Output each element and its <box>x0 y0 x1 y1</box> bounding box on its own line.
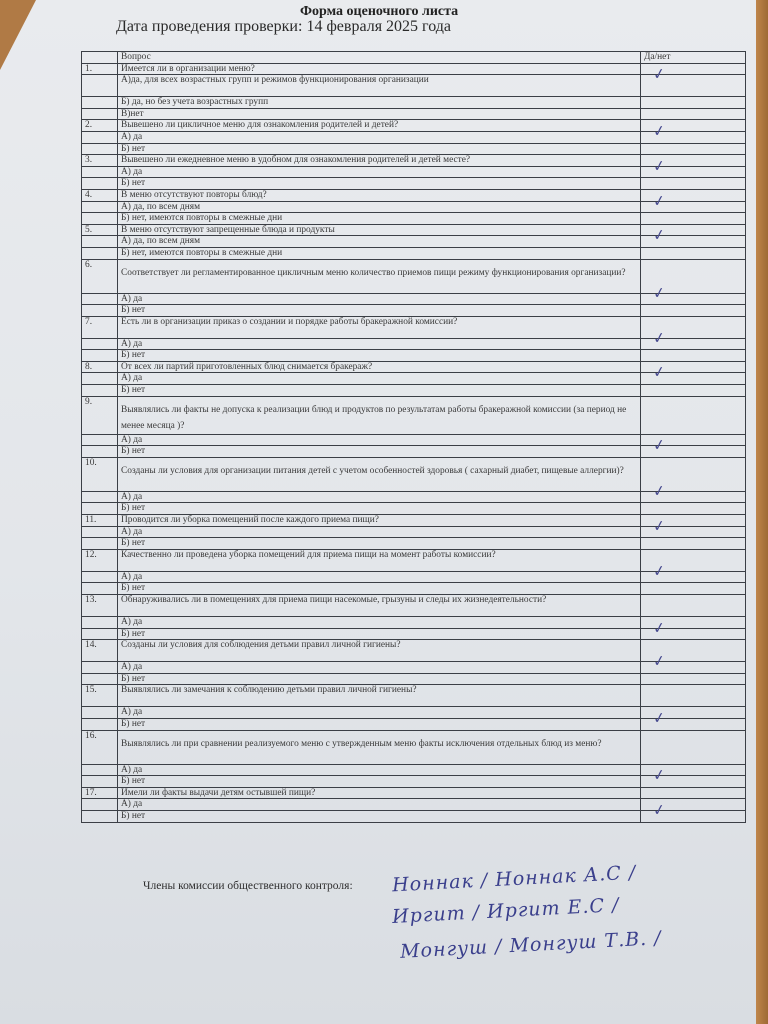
signature-line-2: Иргит / Иргит Е.С / <box>392 894 620 928</box>
answer-row: Б) нет✓ <box>82 810 746 822</box>
answer-option: А) да, по всем дням <box>118 201 641 213</box>
question-text: Качественно ли проведена уборка помещени… <box>118 549 641 571</box>
answer-row: Б) нет <box>82 583 746 595</box>
check-mark-icon: ✓ <box>652 366 666 379</box>
answer-row: В)нет <box>82 108 746 120</box>
answer-row: Б) нет, имеются повторы в смежные дни <box>82 213 746 225</box>
question-text: Проводится ли уборка помещений после каж… <box>118 515 641 527</box>
answer-row: Б) нет✓ <box>82 718 746 730</box>
question-text: Выявлялись ли замечания к соблюдению дет… <box>118 685 641 707</box>
answer-option: Б) нет <box>118 143 641 155</box>
row-number <box>82 247 118 259</box>
answer-row: А) да✓ <box>82 571 746 583</box>
row-number <box>82 707 118 719</box>
question-row: 13. Обнаруживались ли в помещениях для п… <box>82 595 746 617</box>
row-number: 15. <box>82 685 118 707</box>
answer-cell: ✓ <box>641 446 746 458</box>
row-number <box>82 108 118 120</box>
row-number <box>82 350 118 362</box>
inspection-date: Дата проведения проверки: 14 февраля 202… <box>116 18 451 36</box>
answer-row: А) да✓ <box>82 293 746 305</box>
answer-row: А) да <box>82 617 746 629</box>
row-number: 14. <box>82 640 118 662</box>
answer-option: А) да <box>118 338 641 350</box>
row-number: 4. <box>82 189 118 201</box>
answer-cell <box>641 685 746 707</box>
answer-cell <box>641 108 746 120</box>
row-number <box>82 434 118 446</box>
answer-cell: ✓ <box>641 571 746 583</box>
question-text: В меню отсутствуют запрещенные блюда и п… <box>118 224 641 236</box>
check-mark-icon: ✓ <box>652 195 666 208</box>
row-number <box>82 799 118 811</box>
answer-option: Б) нет <box>118 628 641 640</box>
answer-cell: ✓ <box>641 75 746 97</box>
row-number: 11. <box>82 515 118 527</box>
answer-row: А) да✓ <box>82 491 746 503</box>
answer-cell: ✓ <box>641 293 746 305</box>
answer-option: А) да, по всем дням <box>118 236 641 248</box>
answer-option: Б) нет <box>118 385 641 397</box>
check-mark-icon: ✓ <box>652 229 666 242</box>
answer-option: А) да <box>118 764 641 776</box>
row-number <box>82 491 118 503</box>
answer-row: Б) нет <box>82 143 746 155</box>
answer-option: А) да <box>118 799 641 811</box>
row-number <box>82 764 118 776</box>
check-mark-icon: ✓ <box>652 485 666 498</box>
header-question: Вопрос <box>118 52 641 64</box>
answer-row: А)да, для всех возрастных групп и режимо… <box>82 75 746 97</box>
question-row: 11.Проводится ли уборка помещений после … <box>82 515 746 527</box>
question-text: Созданы ли условия для организации питан… <box>118 457 641 491</box>
answer-cell <box>641 178 746 190</box>
answer-row: Б) нет <box>82 673 746 685</box>
answer-row: Б) нет, имеются повторы в смежные дни <box>82 247 746 259</box>
question-row: 4.В меню отсутствуют повторы блюд? <box>82 189 746 201</box>
answer-cell: ✓ <box>641 628 746 640</box>
answer-option: А) да <box>118 166 641 178</box>
row-number <box>82 538 118 550</box>
check-mark-icon: ✓ <box>652 655 666 668</box>
row-number <box>82 718 118 730</box>
answer-cell <box>641 538 746 550</box>
answer-cell <box>641 143 746 155</box>
answer-row: А) да <box>82 434 746 446</box>
question-text: Вывешено ли ежедневное меню в удобном дл… <box>118 155 641 167</box>
row-number: 8. <box>82 361 118 373</box>
answer-cell <box>641 385 746 397</box>
answer-option: А)да, для всех возрастных групп и режимо… <box>118 75 641 97</box>
answer-option: Б) нет <box>118 178 641 190</box>
row-number: 3. <box>82 155 118 167</box>
answer-row: Б) нет✓ <box>82 628 746 640</box>
header-answer: Да/нет <box>641 52 746 64</box>
question-text: Выявлялись ли при сравнении реализуемого… <box>118 730 641 764</box>
question-row: 10.Созданы ли условия для организации пи… <box>82 457 746 491</box>
answer-cell <box>641 503 746 515</box>
row-number <box>82 97 118 109</box>
row-number: 12. <box>82 549 118 571</box>
answer-row: Б) нет <box>82 305 746 317</box>
question-text: Выявлялись ли факты не допуска к реализа… <box>118 396 641 434</box>
row-number <box>82 75 118 97</box>
signatures-label: Члены комиссии общественного контроля: <box>143 880 353 892</box>
question-text: От всех ли партий приготовленных блюд сн… <box>118 361 641 373</box>
table-header-row: Вопрос Да/нет <box>82 52 746 64</box>
answer-cell: ✓ <box>641 201 746 213</box>
answer-row: А) да, по всем дням✓ <box>82 236 746 248</box>
answer-cell: ✓ <box>641 373 746 385</box>
answer-row: А) да <box>82 764 746 776</box>
answer-cell <box>641 396 746 434</box>
answer-row: Б) нет <box>82 178 746 190</box>
row-number <box>82 373 118 385</box>
question-row: 12.Качественно ли проведена уборка помещ… <box>82 549 746 571</box>
row-number <box>82 662 118 674</box>
wooden-surface-right <box>754 0 768 1024</box>
answer-row: А) да <box>82 799 746 811</box>
answer-option: Б) нет <box>118 718 641 730</box>
row-number <box>82 628 118 640</box>
answer-cell: ✓ <box>641 166 746 178</box>
question-text: Есть ли в организации приказ о создании … <box>118 316 641 338</box>
answer-row: А) да✓ <box>82 373 746 385</box>
answer-cell: ✓ <box>641 810 746 822</box>
row-number <box>82 166 118 178</box>
row-number: 17. <box>82 787 118 799</box>
row-number: 1. <box>82 63 118 75</box>
answer-option: А) да <box>118 491 641 503</box>
check-mark-icon: ✓ <box>652 804 666 817</box>
answer-cell <box>641 595 746 617</box>
row-number: 9. <box>82 396 118 434</box>
answer-cell <box>641 350 746 362</box>
row-number: 6. <box>82 259 118 293</box>
question-row: 16.Выявлялись ли при сравнении реализуем… <box>82 730 746 764</box>
answer-option: Б) нет <box>118 446 641 458</box>
answer-cell: ✓ <box>641 491 746 503</box>
answer-row: Б) да, но без учета возрастных групп <box>82 97 746 109</box>
row-number <box>82 673 118 685</box>
answer-cell <box>641 787 746 799</box>
row-number <box>82 776 118 788</box>
answer-option: Б) нет <box>118 350 641 362</box>
question-row: 14.Созданы ли условия для соблюдения дет… <box>82 640 746 662</box>
row-number <box>82 305 118 317</box>
answer-cell <box>641 673 746 685</box>
check-mark-icon: ✓ <box>652 160 666 173</box>
answer-row: А) да✓ <box>82 166 746 178</box>
row-number <box>82 338 118 350</box>
question-text: Соответствует ли регламентированное цикл… <box>118 259 641 293</box>
check-mark-icon: ✓ <box>652 712 666 725</box>
answer-option: Б) нет <box>118 538 641 550</box>
answer-option: Б) нет <box>118 810 641 822</box>
paper-sheet: Форма оценочного листа Дата проведения п… <box>0 0 756 1024</box>
answer-option: Б) нет <box>118 305 641 317</box>
question-row: 2.Вывешено ли цикличное меню для ознаком… <box>82 120 746 132</box>
answer-cell <box>641 305 746 317</box>
check-mark-icon: ✓ <box>652 520 666 533</box>
row-number: 16. <box>82 730 118 764</box>
row-number <box>82 201 118 213</box>
row-number: 13. <box>82 595 118 617</box>
header-num-cell <box>82 52 118 64</box>
row-number <box>82 143 118 155</box>
row-number <box>82 131 118 143</box>
question-row: 7.Есть ли в организации приказ о создани… <box>82 316 746 338</box>
answer-cell <box>641 247 746 259</box>
answer-cell <box>641 730 746 764</box>
question-text: Созданы ли условия для соблюдения детьми… <box>118 640 641 662</box>
answer-row: Б) нет <box>82 503 746 515</box>
question-text: Имеется ли в организации меню? <box>118 63 641 75</box>
row-number <box>82 213 118 225</box>
answer-option: А) да <box>118 131 641 143</box>
answer-cell: ✓ <box>641 662 746 674</box>
answer-option: Б) нет <box>118 503 641 515</box>
row-number: 5. <box>82 224 118 236</box>
question-row: 17.Имели ли факты выдачи детям остывшей … <box>82 787 746 799</box>
question-text: Вывешено ли цикличное меню для ознакомле… <box>118 120 641 132</box>
answer-option: А) да <box>118 662 641 674</box>
answer-option: А) да <box>118 526 641 538</box>
check-mark-icon: ✓ <box>652 439 666 452</box>
answer-row: Б) нет <box>82 350 746 362</box>
answer-row: А) да <box>82 707 746 719</box>
answer-row: Б) нет <box>82 385 746 397</box>
answer-row: Б) нет <box>82 538 746 550</box>
answer-row: Б) нет✓ <box>82 446 746 458</box>
answer-row: А) да✓ <box>82 662 746 674</box>
answer-cell <box>641 97 746 109</box>
question-row: 6.Соответствует ли регламентированное ци… <box>82 259 746 293</box>
answer-option: Б) да, но без учета возрастных групп <box>118 97 641 109</box>
answer-cell: ✓ <box>641 236 746 248</box>
answer-cell: ✓ <box>641 776 746 788</box>
answer-option: А) да <box>118 293 641 305</box>
row-number <box>82 178 118 190</box>
check-mark-icon: ✓ <box>652 565 666 578</box>
row-number: 2. <box>82 120 118 132</box>
answer-option: А) да <box>118 707 641 719</box>
row-number <box>82 385 118 397</box>
check-mark-icon: ✓ <box>652 125 666 138</box>
row-number <box>82 526 118 538</box>
answer-option: А) да <box>118 373 641 385</box>
row-number <box>82 293 118 305</box>
answer-row: А) да✓ <box>82 131 746 143</box>
row-number <box>82 236 118 248</box>
question-row: 9.Выявлялись ли факты не допуска к реали… <box>82 396 746 434</box>
answer-option: Б) нет <box>118 673 641 685</box>
answer-option: Б) нет <box>118 776 641 788</box>
answer-option: Б) нет, имеются повторы в смежные дни <box>118 213 641 225</box>
row-number: 7. <box>82 316 118 338</box>
answer-cell <box>641 583 746 595</box>
answer-option: Б) нет <box>118 583 641 595</box>
answer-row: А) да✓ <box>82 338 746 350</box>
answer-option: В)нет <box>118 108 641 120</box>
row-number <box>82 503 118 515</box>
check-mark-icon: ✓ <box>652 769 666 782</box>
question-row: 5.В меню отсутствуют запрещенные блюда и… <box>82 224 746 236</box>
check-mark-icon: ✓ <box>652 622 666 635</box>
question-text: В меню отсутствуют повторы блюд? <box>118 189 641 201</box>
answer-option: Б) нет, имеются повторы в смежные дни <box>118 247 641 259</box>
answer-cell: ✓ <box>641 526 746 538</box>
check-mark-icon: ✓ <box>652 332 666 345</box>
row-number <box>82 571 118 583</box>
row-number <box>82 810 118 822</box>
evaluation-table: Вопрос Да/нет 1.Имеется ли в организации… <box>81 51 746 823</box>
answer-option: А) да <box>118 571 641 583</box>
answer-cell: ✓ <box>641 718 746 730</box>
answer-row: А) да, по всем дням✓ <box>82 201 746 213</box>
row-number <box>82 446 118 458</box>
answer-option: А) да <box>118 434 641 446</box>
answer-row: Б) нет✓ <box>82 776 746 788</box>
check-mark-icon: ✓ <box>652 286 666 299</box>
answer-row: А) да✓ <box>82 526 746 538</box>
row-number: 10. <box>82 457 118 491</box>
question-text: Имели ли факты выдачи детям остывшей пищ… <box>118 787 641 799</box>
signature-line-1: Ноннак / Ноннак А.С / <box>392 862 637 897</box>
answer-cell <box>641 213 746 225</box>
question-row: 1.Имеется ли в организации меню? <box>82 63 746 75</box>
question-row: 3.Вывешено ли ежедневное меню в удобном … <box>82 155 746 167</box>
question-row: 8.От всех ли партий приготовленных блюд … <box>82 361 746 373</box>
question-text: Обнаруживались ли в помещениях для прием… <box>118 595 641 617</box>
question-row: 15.Выявлялись ли замечания к соблюдению … <box>82 685 746 707</box>
row-number <box>82 617 118 629</box>
signature-line-3: Монгуш / Монгуш Т.В. / <box>400 927 663 963</box>
check-mark-icon: ✓ <box>652 68 666 81</box>
answer-cell: ✓ <box>641 338 746 350</box>
row-number <box>82 583 118 595</box>
answer-cell: ✓ <box>641 131 746 143</box>
answer-option: А) да <box>118 617 641 629</box>
